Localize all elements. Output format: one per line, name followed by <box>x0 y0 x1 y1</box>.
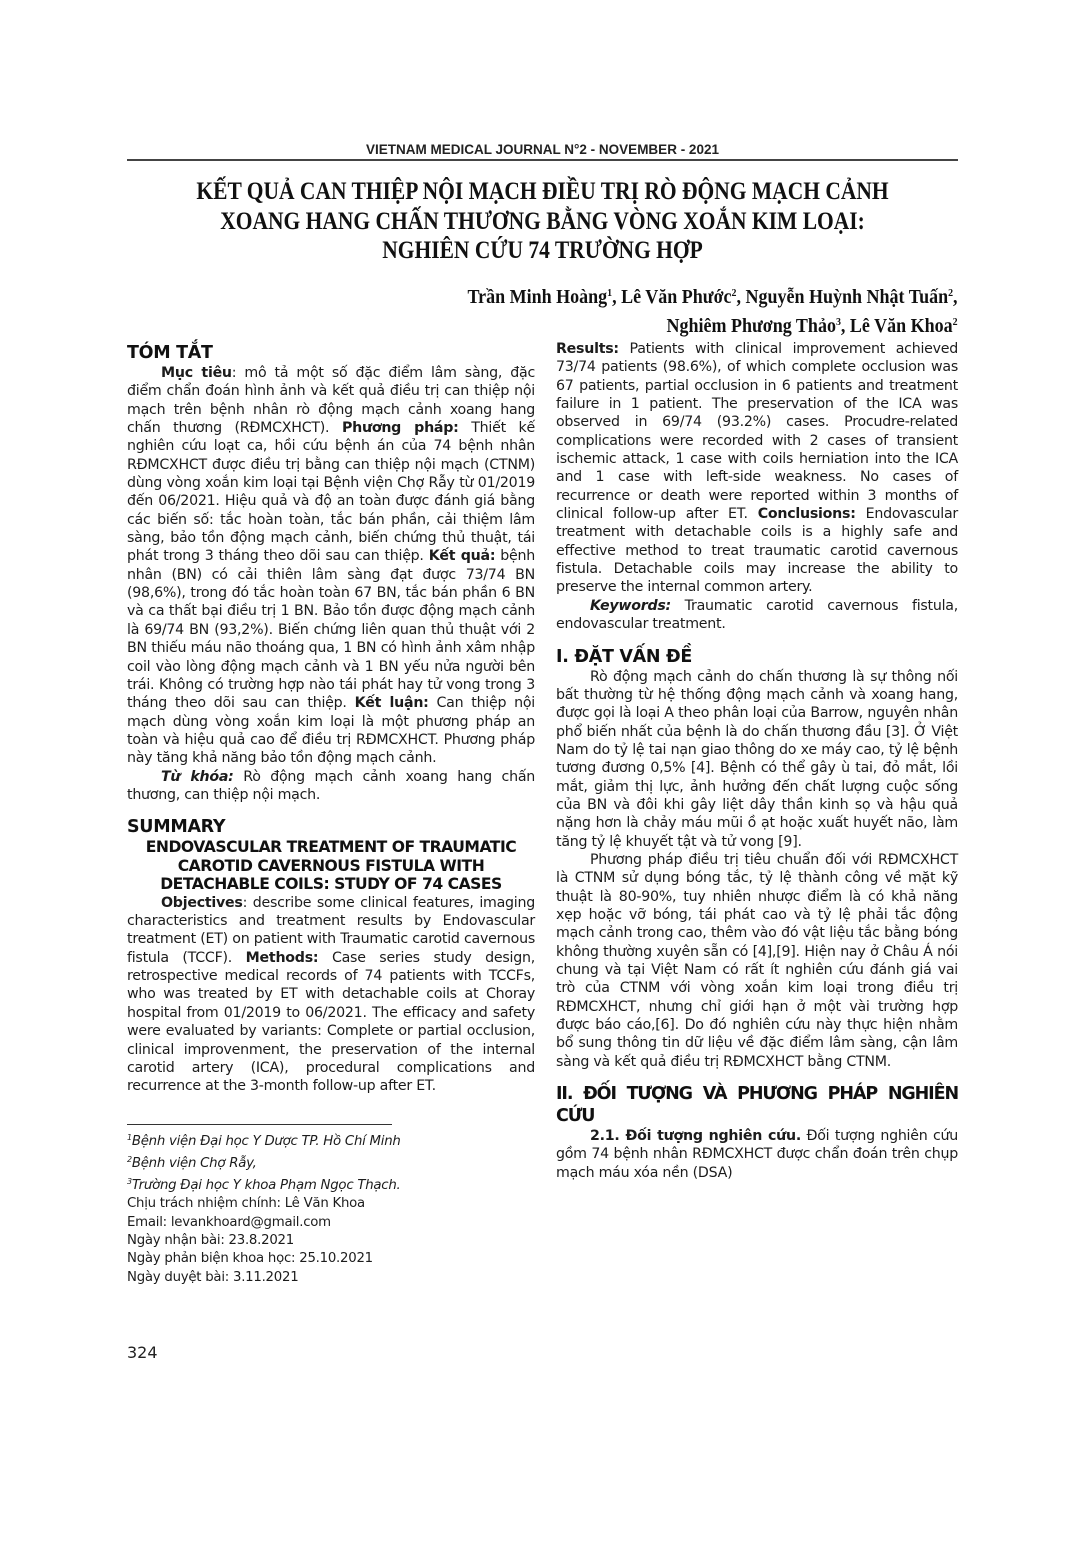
results-text: bệnh nhân (BN) có cải thiên lâm sàng đạt… <box>127 548 535 711</box>
objective-label: Mục tiêu <box>161 365 232 381</box>
page-number: 324 <box>127 1343 158 1362</box>
results-en-label: Results: <box>556 341 619 357</box>
keywords-en-label: Keywords: <box>590 598 671 614</box>
summary-heading: SUMMARY <box>127 816 535 838</box>
methods-text: Thiết kế nghiên cứu loạt ca, hồi cứu bện… <box>127 420 535 564</box>
section-2-1-paragraph: 2.1. Đối tượng nghiên cứu. Đối tượng ngh… <box>556 1127 958 1182</box>
conclusion-label: Kết luận: <box>355 695 429 711</box>
keywords-vi-label: Từ khóa: <box>161 769 234 785</box>
right-column: Results: Patients with clinical improvem… <box>556 340 958 1182</box>
received-date: Ngày nhận bài: 23.8.2021 <box>127 1232 535 1250</box>
conclusions-en-label: Conclusions: <box>758 506 856 522</box>
results-en-text: Patients with clinical improvement achie… <box>556 341 958 522</box>
author-separator: , <box>954 286 959 308</box>
subsection-2-1-label: 2.1. Đối tượng nghiên cứu. <box>590 1128 801 1144</box>
methods-en-label: Methods: <box>246 950 319 966</box>
left-column: TÓM TẮT Mục tiêu: mô tả một số đặc điểm … <box>127 342 535 1287</box>
methods-label: Phương pháp: <box>342 420 459 436</box>
author-line: Nghiêm Phương Thảo3, Lê Văn Khoa2 <box>468 310 958 339</box>
reviewed-date: Ngày phản biện khoa học: 25.10.2021 <box>127 1250 535 1268</box>
author-name: Nguyễn Huỳnh Nhật Tuấn <box>746 286 949 308</box>
affiliation-footnote: 2Bệnh viện Chợ Rẫy, <box>127 1151 535 1173</box>
methods-en-text: Case series study design, retrospective … <box>127 950 535 1094</box>
keywords-vi: Từ khóa: Rò động mạch cảnh xoang hang ch… <box>127 768 535 805</box>
affiliation-footnote: 3Trường Đại học Y khoa Phạm Ngọc Thạch. <box>127 1173 535 1195</box>
author-name: Lê Văn Phước <box>622 286 732 308</box>
journal-running-header: VIETNAM MEDICAL JOURNAL N°2 - NOVEMBER -… <box>127 142 958 157</box>
affiliation-footnote: 1Bệnh viện Đại học Y Dược TP. Hồ Chí Min… <box>127 1129 535 1151</box>
author-name: Trần Minh Hoàng <box>468 286 608 308</box>
summary-body-right: Results: Patients with clinical improvem… <box>556 340 958 597</box>
title-line: KẾT QUẢ CAN THIỆP NỘI MẠCH ĐIỀU TRỊ RÒ Đ… <box>185 177 900 207</box>
summary-title-line: ENDOVASCULAR TREATMENT OF TRAUMATIC <box>127 838 535 857</box>
keywords-en: Keywords: Traumatic carotid cavernous fi… <box>556 597 958 634</box>
summary-title: ENDOVASCULAR TREATMENT OF TRAUMATIC CARO… <box>127 838 535 894</box>
title-line: XOANG HANG CHẤN THƯƠNG BẰNG VÒNG XOẮN KI… <box>185 207 900 237</box>
affiliation-text: Trường Đại học Y khoa Phạm Ngọc Thạch. <box>132 1178 401 1193</box>
journal-page: VIETNAM MEDICAL JOURNAL N°2 - NOVEMBER -… <box>0 0 1090 1541</box>
affiliation-text: Bệnh viện Đại học Y Dược TP. Hồ Chí Minh <box>132 1134 401 1149</box>
author-name: Lê Văn Khoa <box>850 315 953 337</box>
objectives-label: Objectives <box>161 895 243 911</box>
title-line: NGHIÊN CỨU 74 TRƯỜNG HỢP <box>185 236 900 266</box>
article-title: KẾT QUẢ CAN THIỆP NỘI MẠCH ĐIỀU TRỊ RÒ Đ… <box>185 177 900 266</box>
summary-body-left: Objectives: describe some clinical featu… <box>127 894 535 1096</box>
email-link[interactable]: Email: levankhoard@gmail.com <box>127 1214 535 1232</box>
affiliation-mark: 2 <box>953 316 958 328</box>
results-label: Kết quả: <box>429 548 496 564</box>
section-2-heading: II. ĐỐI TƯỢNG VÀ PHƯƠNG PHÁP NGHIÊN CỨU <box>556 1083 958 1127</box>
section-1-paragraph: Rò động mạch cảnh do chấn thương là sự t… <box>556 668 958 851</box>
summary-title-line: CAROTID CAVERNOUS FISTULA WITH <box>127 857 535 876</box>
footnotes: 1Bệnh viện Đại học Y Dược TP. Hồ Chí Min… <box>127 1129 535 1287</box>
affiliation-text: Bệnh viện Chợ Rẫy, <box>132 1156 257 1171</box>
section-1-paragraph: Phương pháp điều trị tiêu chuẩn đối với … <box>556 851 958 1071</box>
summary-title-line: DETACHABLE COILS: STUDY OF 74 CASES <box>127 875 535 894</box>
author-name: Nghiêm Phương Thảo <box>667 315 836 337</box>
header-rule <box>127 159 958 161</box>
abstract-vi-body: Mục tiêu: mô tả một số đặc điểm lâm sàng… <box>127 364 535 768</box>
section-1-heading: I. ĐẶT VẤN ĐỀ <box>556 646 958 668</box>
footnote-rule <box>127 1124 392 1125</box>
abstract-vi-heading: TÓM TẮT <box>127 342 535 364</box>
corresponding-author: Chịu trách nhiệm chính: Lê Văn Khoa <box>127 1195 535 1213</box>
author-list: Trần Minh Hoàng1, Lê Văn Phước2, Nguyễn … <box>468 281 958 339</box>
author-line: Trần Minh Hoàng1, Lê Văn Phước2, Nguyễn … <box>468 281 958 310</box>
accepted-date: Ngày duyệt bài: 3.11.2021 <box>127 1269 535 1287</box>
